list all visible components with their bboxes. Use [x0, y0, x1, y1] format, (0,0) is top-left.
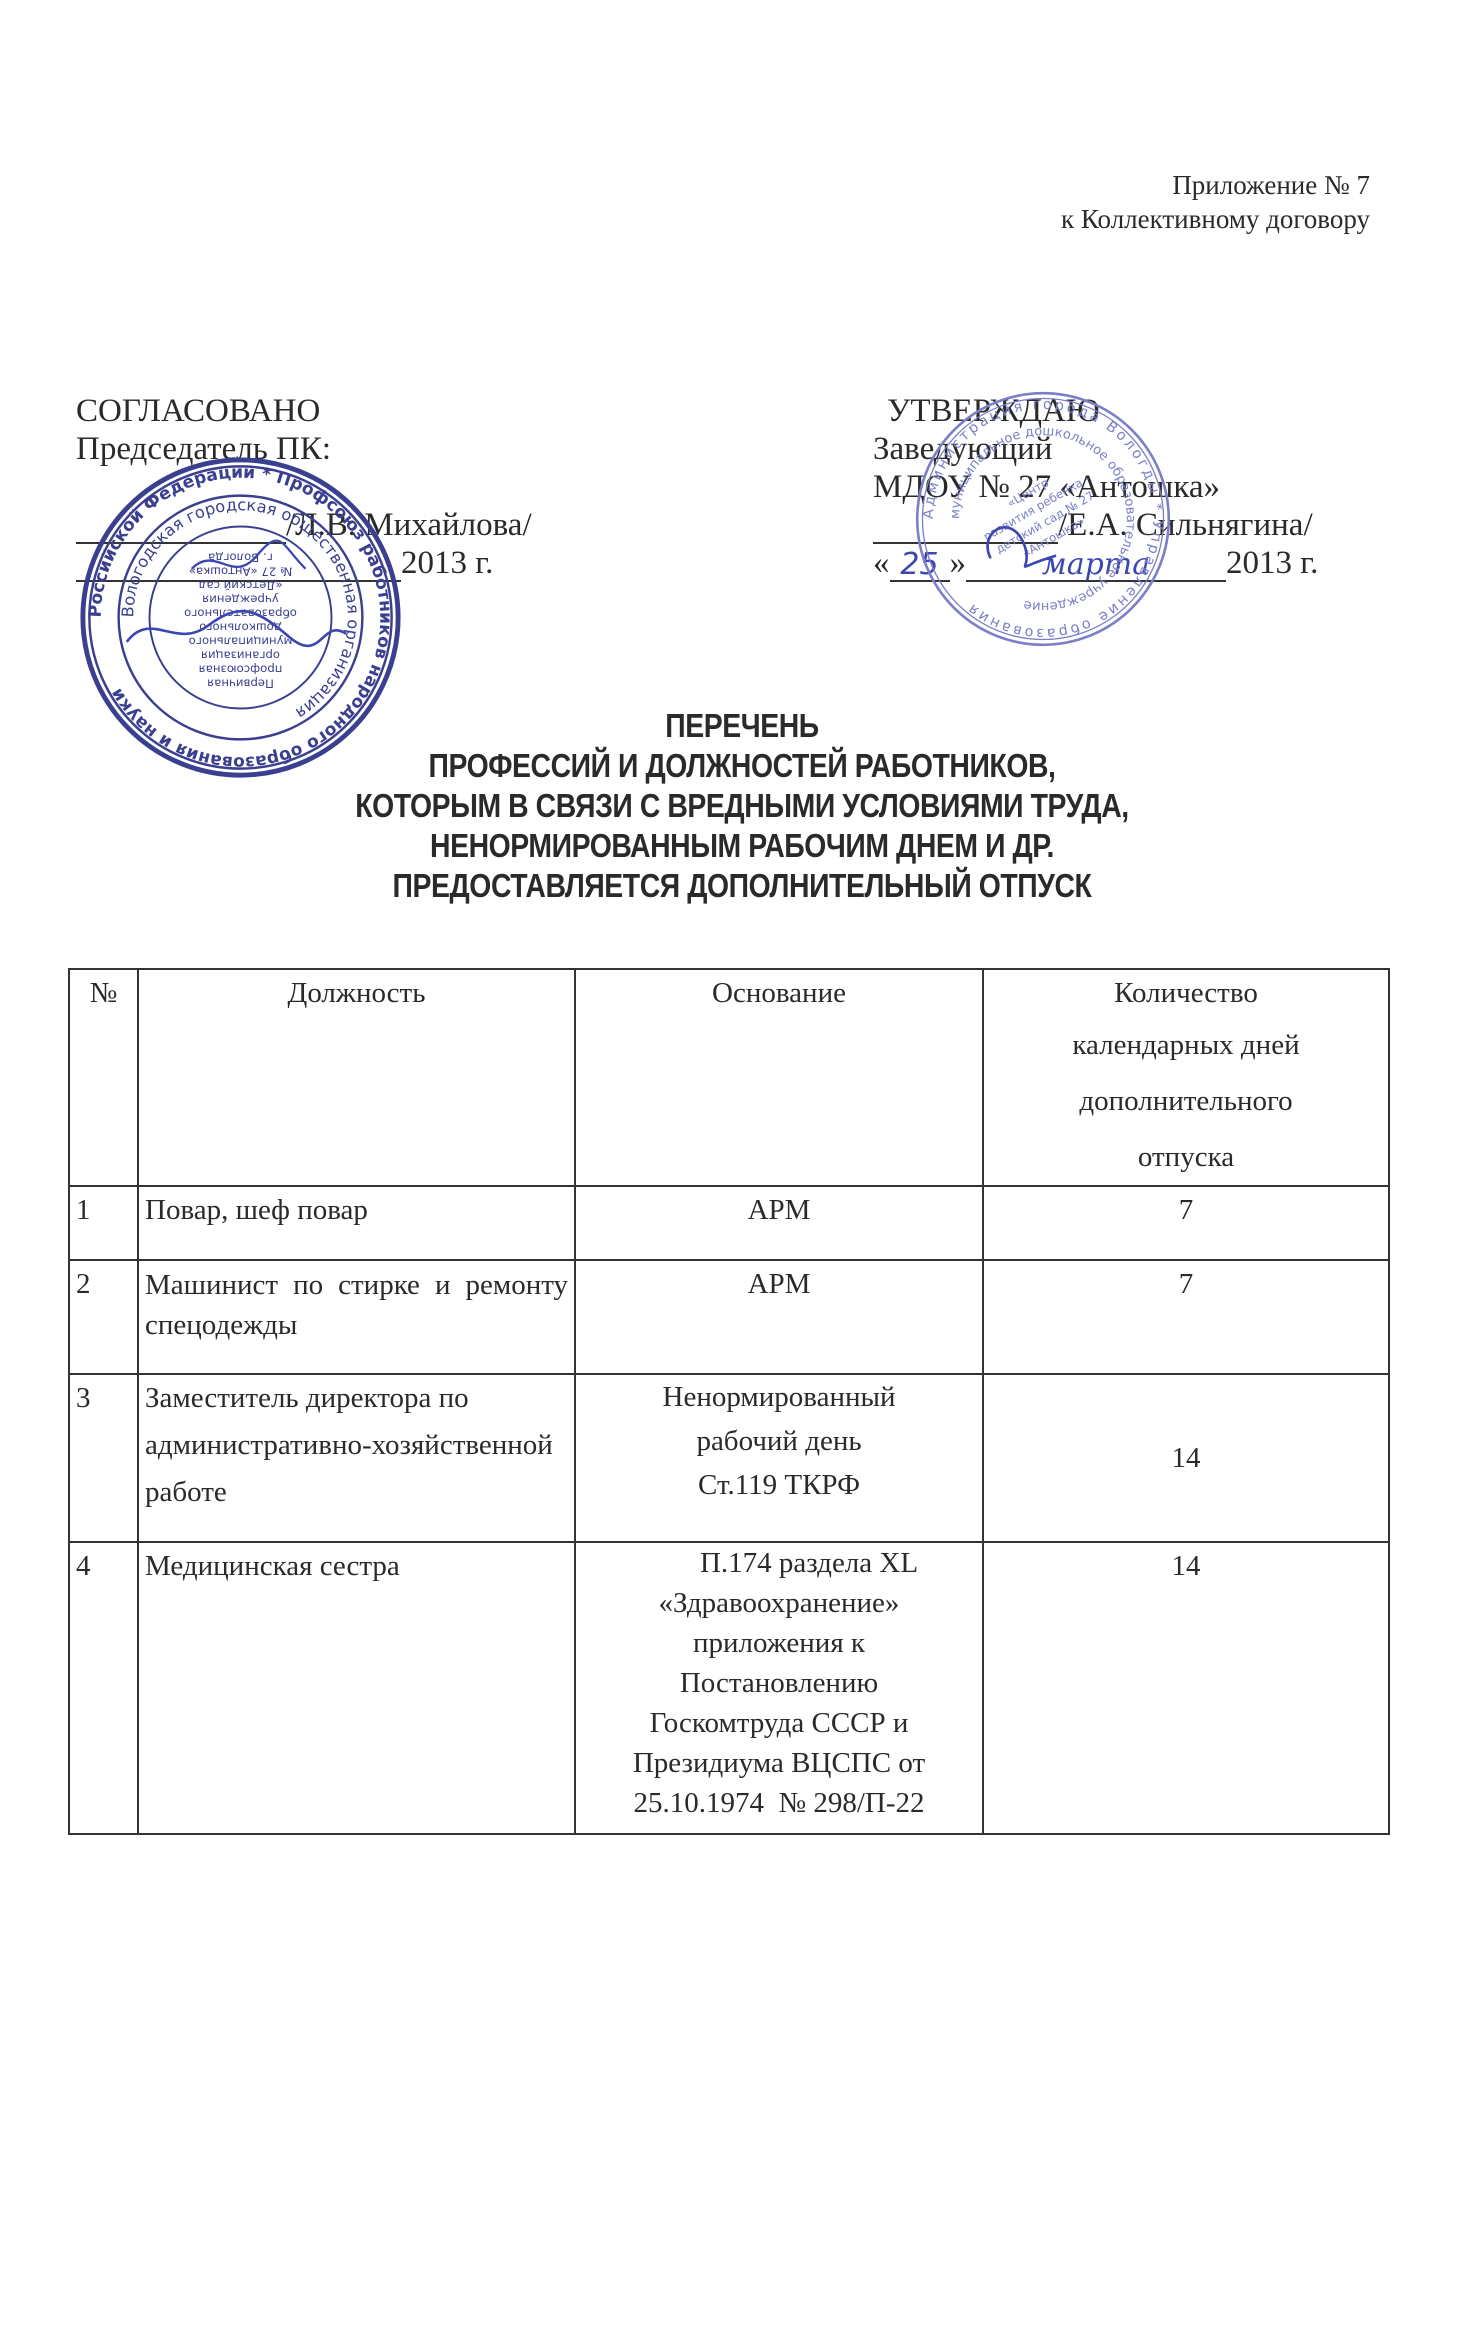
approved-year: 2013 г. — [1226, 544, 1318, 582]
row-basis: АРМ — [575, 1260, 983, 1374]
title-line: ПРОФЕССИЙ И ДОЛЖНОСТЕЙ РАБОТНИКОВ, — [104, 746, 1380, 786]
kindergarten-stamp: Администрация города Вологды * Управлени… — [912, 388, 1174, 650]
row-days: 7 — [983, 1260, 1389, 1374]
basis-line: Президиума ВЦСПС от — [582, 1743, 976, 1783]
document-title: ПЕРЕЧЕНЬ ПРОФЕССИЙ И ДОЛЖНОСТЕЙ РАБОТНИК… — [104, 706, 1380, 906]
row-days: 14 — [983, 1542, 1389, 1834]
table-row: 1 Повар, шеф повар АРМ 7 — [69, 1186, 1389, 1260]
header-position: Должность — [138, 969, 575, 1186]
row-days: 14 — [983, 1374, 1389, 1542]
row-number: 4 — [69, 1542, 138, 1834]
row-number: 3 — [69, 1374, 138, 1542]
table-row: 4 Медицинская сестра П.174 раздела XL «З… — [69, 1542, 1389, 1834]
svg-text:Первичная: Первичная — [207, 676, 274, 690]
table-header-row: № Должность Основание Количество календа… — [69, 969, 1389, 1186]
row-position: Медицинская сестра — [138, 1542, 575, 1834]
appendix-number: Приложение № 7 — [1061, 168, 1370, 202]
row-position: Заместитель директора по административно… — [138, 1374, 575, 1542]
header-days-line: отпуска — [990, 1129, 1382, 1185]
basis-line: Ненормированный — [582, 1375, 976, 1419]
svg-text:образовательного: образовательного — [184, 606, 297, 620]
row-basis: П.174 раздела XL «Здравоохранение» прило… — [575, 1542, 983, 1834]
basis-line: Постановлению — [582, 1663, 976, 1703]
basis-line: П.174 раздела XL — [582, 1543, 976, 1583]
svg-text:муниципального: муниципального — [189, 634, 293, 648]
quote-open: « — [873, 544, 890, 582]
header-number: № — [69, 969, 138, 1186]
header-days-line: Количество — [990, 970, 1382, 1017]
appendix-reference: к Коллективному договору — [1061, 202, 1370, 236]
table-row: 2 Машинист по стирке и ремонту спецодежд… — [69, 1260, 1389, 1374]
title-line: КОТОРЫМ В СВЯЗИ С ВРЕДНЫМИ УСЛОВИЯМИ ТРУ… — [104, 786, 1380, 826]
basis-line: Ст.119 ТКРФ — [582, 1463, 976, 1507]
row-basis: Ненормированный рабочий день Ст.119 ТКРФ — [575, 1374, 983, 1542]
appendix-note: Приложение № 7 к Коллективному договору — [1061, 168, 1370, 236]
row-position: Машинист по стирке и ремонту спецодежды — [138, 1260, 575, 1374]
header-days: Количество календарных дней дополнительн… — [983, 969, 1389, 1186]
row-number: 2 — [69, 1260, 138, 1374]
svg-text:«Детский сад: «Детский сад — [198, 578, 282, 592]
agreed-year: 2013 г. — [401, 544, 493, 582]
title-line: НЕНОРМИРОВАННЫМ РАБОЧИМ ДНЕМ И ДР. — [104, 826, 1380, 866]
svg-text:учреждения: учреждения — [202, 592, 279, 606]
basis-line: рабочий день — [582, 1419, 976, 1463]
header-basis: Основание — [575, 969, 983, 1186]
round-seal-icon: Администрация города Вологды * Управлени… — [912, 388, 1174, 650]
row-number: 1 — [69, 1186, 138, 1260]
table-row: 3 Заместитель директора по административ… — [69, 1374, 1389, 1542]
basis-line: 25.10.1974 № 298/П-22 — [582, 1783, 976, 1823]
basis-line: приложения к — [582, 1623, 976, 1663]
header-days-line: календарных дней — [990, 1017, 1382, 1073]
title-line: ПРЕДОСТАВЛЯЕТСЯ ДОПОЛНИТЕЛЬНЫЙ ОТПУСК — [104, 866, 1380, 906]
row-basis: АРМ — [575, 1186, 983, 1260]
row-position: Повар, шеф повар — [138, 1186, 575, 1260]
title-line: ПЕРЕЧЕНЬ — [104, 706, 1380, 746]
basis-line: Госкомтруда СССР и — [582, 1703, 976, 1743]
header-days-line: дополнительного — [990, 1073, 1382, 1129]
svg-text:профсоюзная: профсоюзная — [199, 662, 283, 676]
svg-text:организация: организация — [201, 648, 280, 662]
agreed-heading: СОГЛАСОВАНО — [76, 392, 532, 430]
additional-leave-table: № Должность Основание Количество календа… — [68, 968, 1390, 1835]
row-days: 7 — [983, 1186, 1389, 1260]
basis-line: «Здравоохранение» — [582, 1583, 976, 1623]
